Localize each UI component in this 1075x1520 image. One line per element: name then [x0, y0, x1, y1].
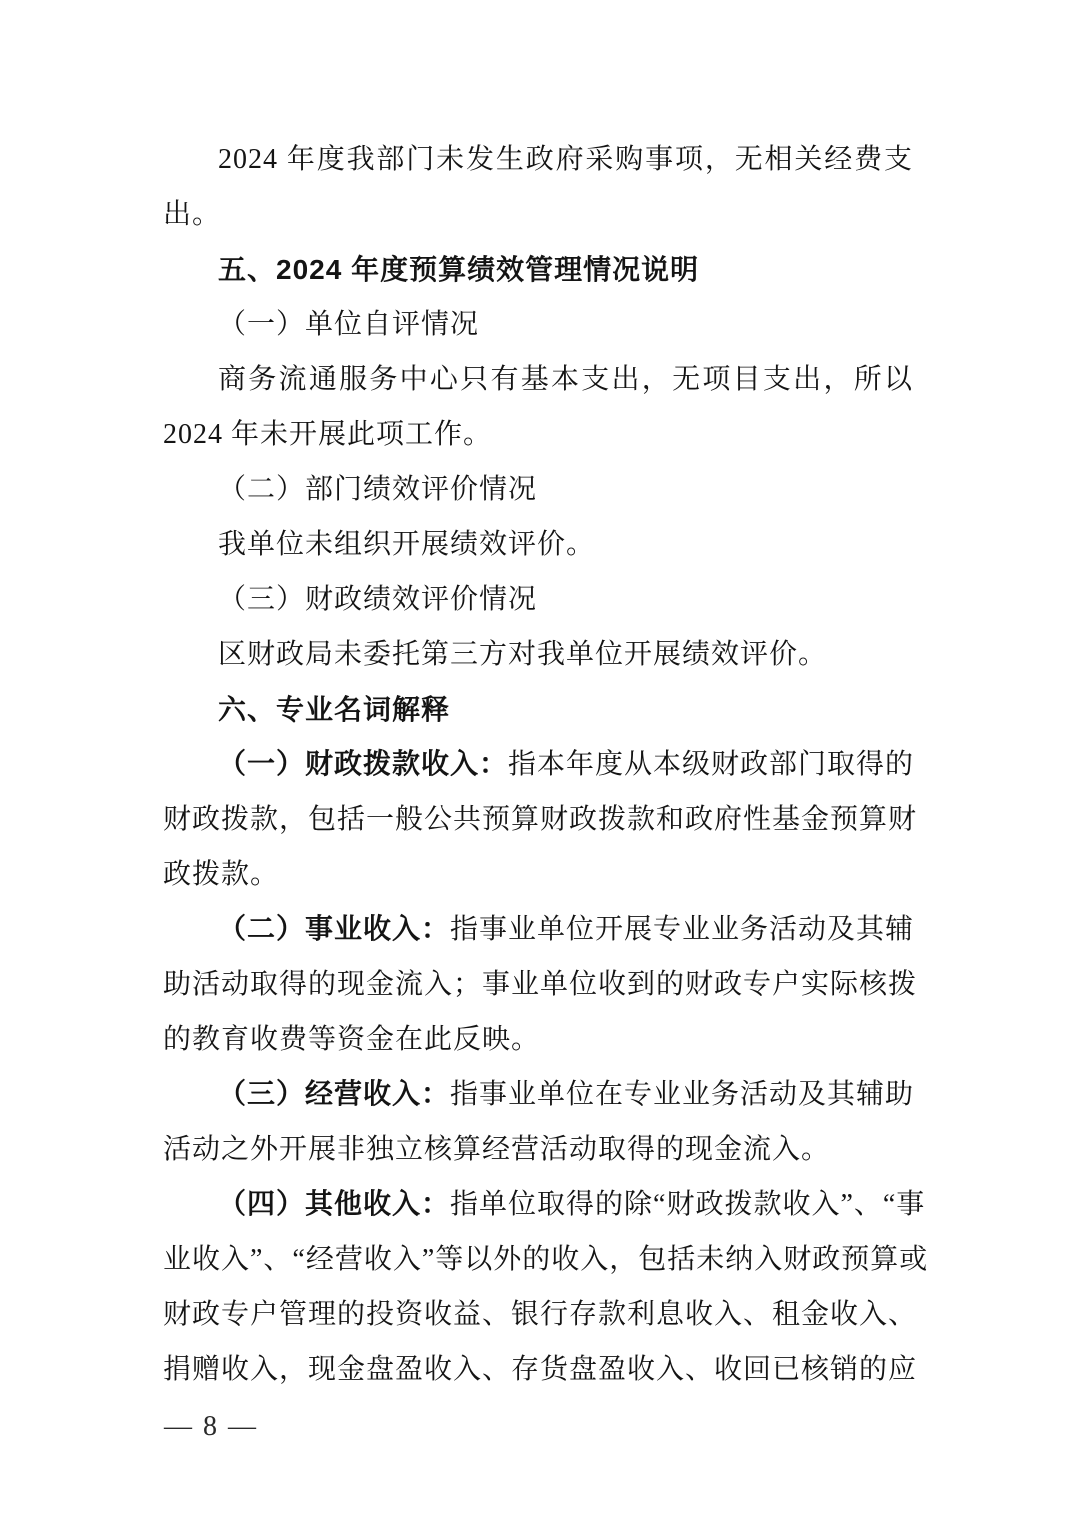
text-line: 区财政局未委托第三方对我单位开展绩效评价。 — [163, 627, 913, 682]
term-label: （四）其他收入： — [218, 1189, 450, 1220]
term-label: （二）事业收入： — [218, 914, 450, 945]
text-line: 的教育收费等资金在此反映。 — [163, 1012, 913, 1067]
text-segment: 业收入”、“经营收入”等以外的收入，包括未纳入财政预算或 — [163, 1244, 928, 1275]
text-segment: 政拨款。 — [163, 859, 279, 890]
text-segment: 助活动取得的现金流入；事业单位收到的财政专户实际核拨 — [163, 969, 917, 1000]
text-line: 商务流通服务中心只有基本支出，无项目支出，所以 — [163, 352, 913, 407]
text-line: 业收入”、“经营收入”等以外的收入，包括未纳入财政预算或 — [163, 1232, 913, 1287]
text-line: 活动之外开展非独立核算经营活动取得的现金流入。 — [163, 1122, 913, 1177]
text-line: 我单位未组织开展绩效评价。 — [163, 517, 913, 572]
term-label: （一）财政拨款收入： — [218, 749, 508, 780]
section-heading: 六、专业名词解释 — [163, 682, 913, 737]
document-body: 2024 年度我部门未发生政府采购事项，无相关经费支出。五、2024 年度预算绩… — [163, 132, 913, 1397]
text-segment: 指事业单位开展专业业务活动及其辅 — [450, 914, 914, 945]
document-page: 2024 年度我部门未发生政府采购事项，无相关经费支出。五、2024 年度预算绩… — [0, 0, 1075, 1520]
text-segment: 出。 — [163, 199, 221, 230]
text-segment: 活动之外开展非独立核算经营活动取得的现金流入。 — [163, 1134, 830, 1165]
text-segment: 2024 年度我部门未发生政府采购事项，无相关经费支 — [218, 144, 913, 175]
text-line: （四）其他收入：指单位取得的除“财政拨款收入”、“事 — [163, 1177, 913, 1232]
text-line: 捐赠收入，现金盘盈收入、存货盘盈收入、收回已核销的应 — [163, 1342, 913, 1397]
text-segment: 指本年度从本级财政部门取得的 — [508, 749, 914, 780]
text-segment: 我单位未组织开展绩效评价。 — [218, 529, 595, 560]
text-segment: （二）部门绩效评价情况 — [218, 474, 537, 505]
text-line: （一）财政拨款收入：指本年度从本级财政部门取得的 — [163, 737, 913, 792]
text-line: 2024 年未开展此项工作。 — [163, 407, 913, 462]
subsection-heading: （三）财政绩效评价情况 — [163, 572, 913, 627]
page-number: — 8 — — [164, 1411, 258, 1442]
text-segment: 财政拨款，包括一般公共预算财政拨款和政府性基金预算财 — [163, 804, 917, 835]
text-line: 出。 — [163, 187, 913, 242]
text-segment: （三）财政绩效评价情况 — [218, 584, 537, 615]
subsection-heading: （一）单位自评情况 — [163, 297, 913, 352]
term-label: 五、2024 年度预算绩效管理情况说明 — [218, 254, 699, 285]
text-line: 2024 年度我部门未发生政府采购事项，无相关经费支 — [163, 132, 913, 187]
section-heading: 五、2024 年度预算绩效管理情况说明 — [163, 242, 913, 297]
term-label: 六、专业名词解释 — [218, 694, 450, 725]
text-segment: 指事业单位在专业业务活动及其辅助 — [450, 1079, 914, 1110]
text-segment: 捐赠收入，现金盘盈收入、存货盘盈收入、收回已核销的应 — [163, 1354, 917, 1385]
text-segment: 2024 年未开展此项工作。 — [163, 419, 492, 450]
subsection-heading: （二）部门绩效评价情况 — [163, 462, 913, 517]
text-segment: 的教育收费等资金在此反映。 — [163, 1024, 540, 1055]
text-line: 财政专户管理的投资收益、银行存款利息收入、租金收入、 — [163, 1287, 913, 1342]
text-line: 助活动取得的现金流入；事业单位收到的财政专户实际核拨 — [163, 957, 913, 1012]
text-segment: 指单位取得的除“财政拨款收入”、“事 — [450, 1189, 925, 1220]
text-segment: 区财政局未委托第三方对我单位开展绩效评价。 — [218, 639, 827, 670]
text-line: 政拨款。 — [163, 847, 913, 902]
page-footer: — 8 — — [164, 1407, 258, 1447]
text-segment: （一）单位自评情况 — [218, 309, 479, 340]
text-line: 财政拨款，包括一般公共预算财政拨款和政府性基金预算财 — [163, 792, 913, 847]
text-line: （二）事业收入：指事业单位开展专业业务活动及其辅 — [163, 902, 913, 957]
term-label: （三）经营收入： — [218, 1079, 450, 1110]
text-segment: 财政专户管理的投资收益、银行存款利息收入、租金收入、 — [163, 1299, 917, 1330]
text-segment: 商务流通服务中心只有基本支出，无项目支出，所以 — [218, 364, 913, 395]
text-line: （三）经营收入：指事业单位在专业业务活动及其辅助 — [163, 1067, 913, 1122]
